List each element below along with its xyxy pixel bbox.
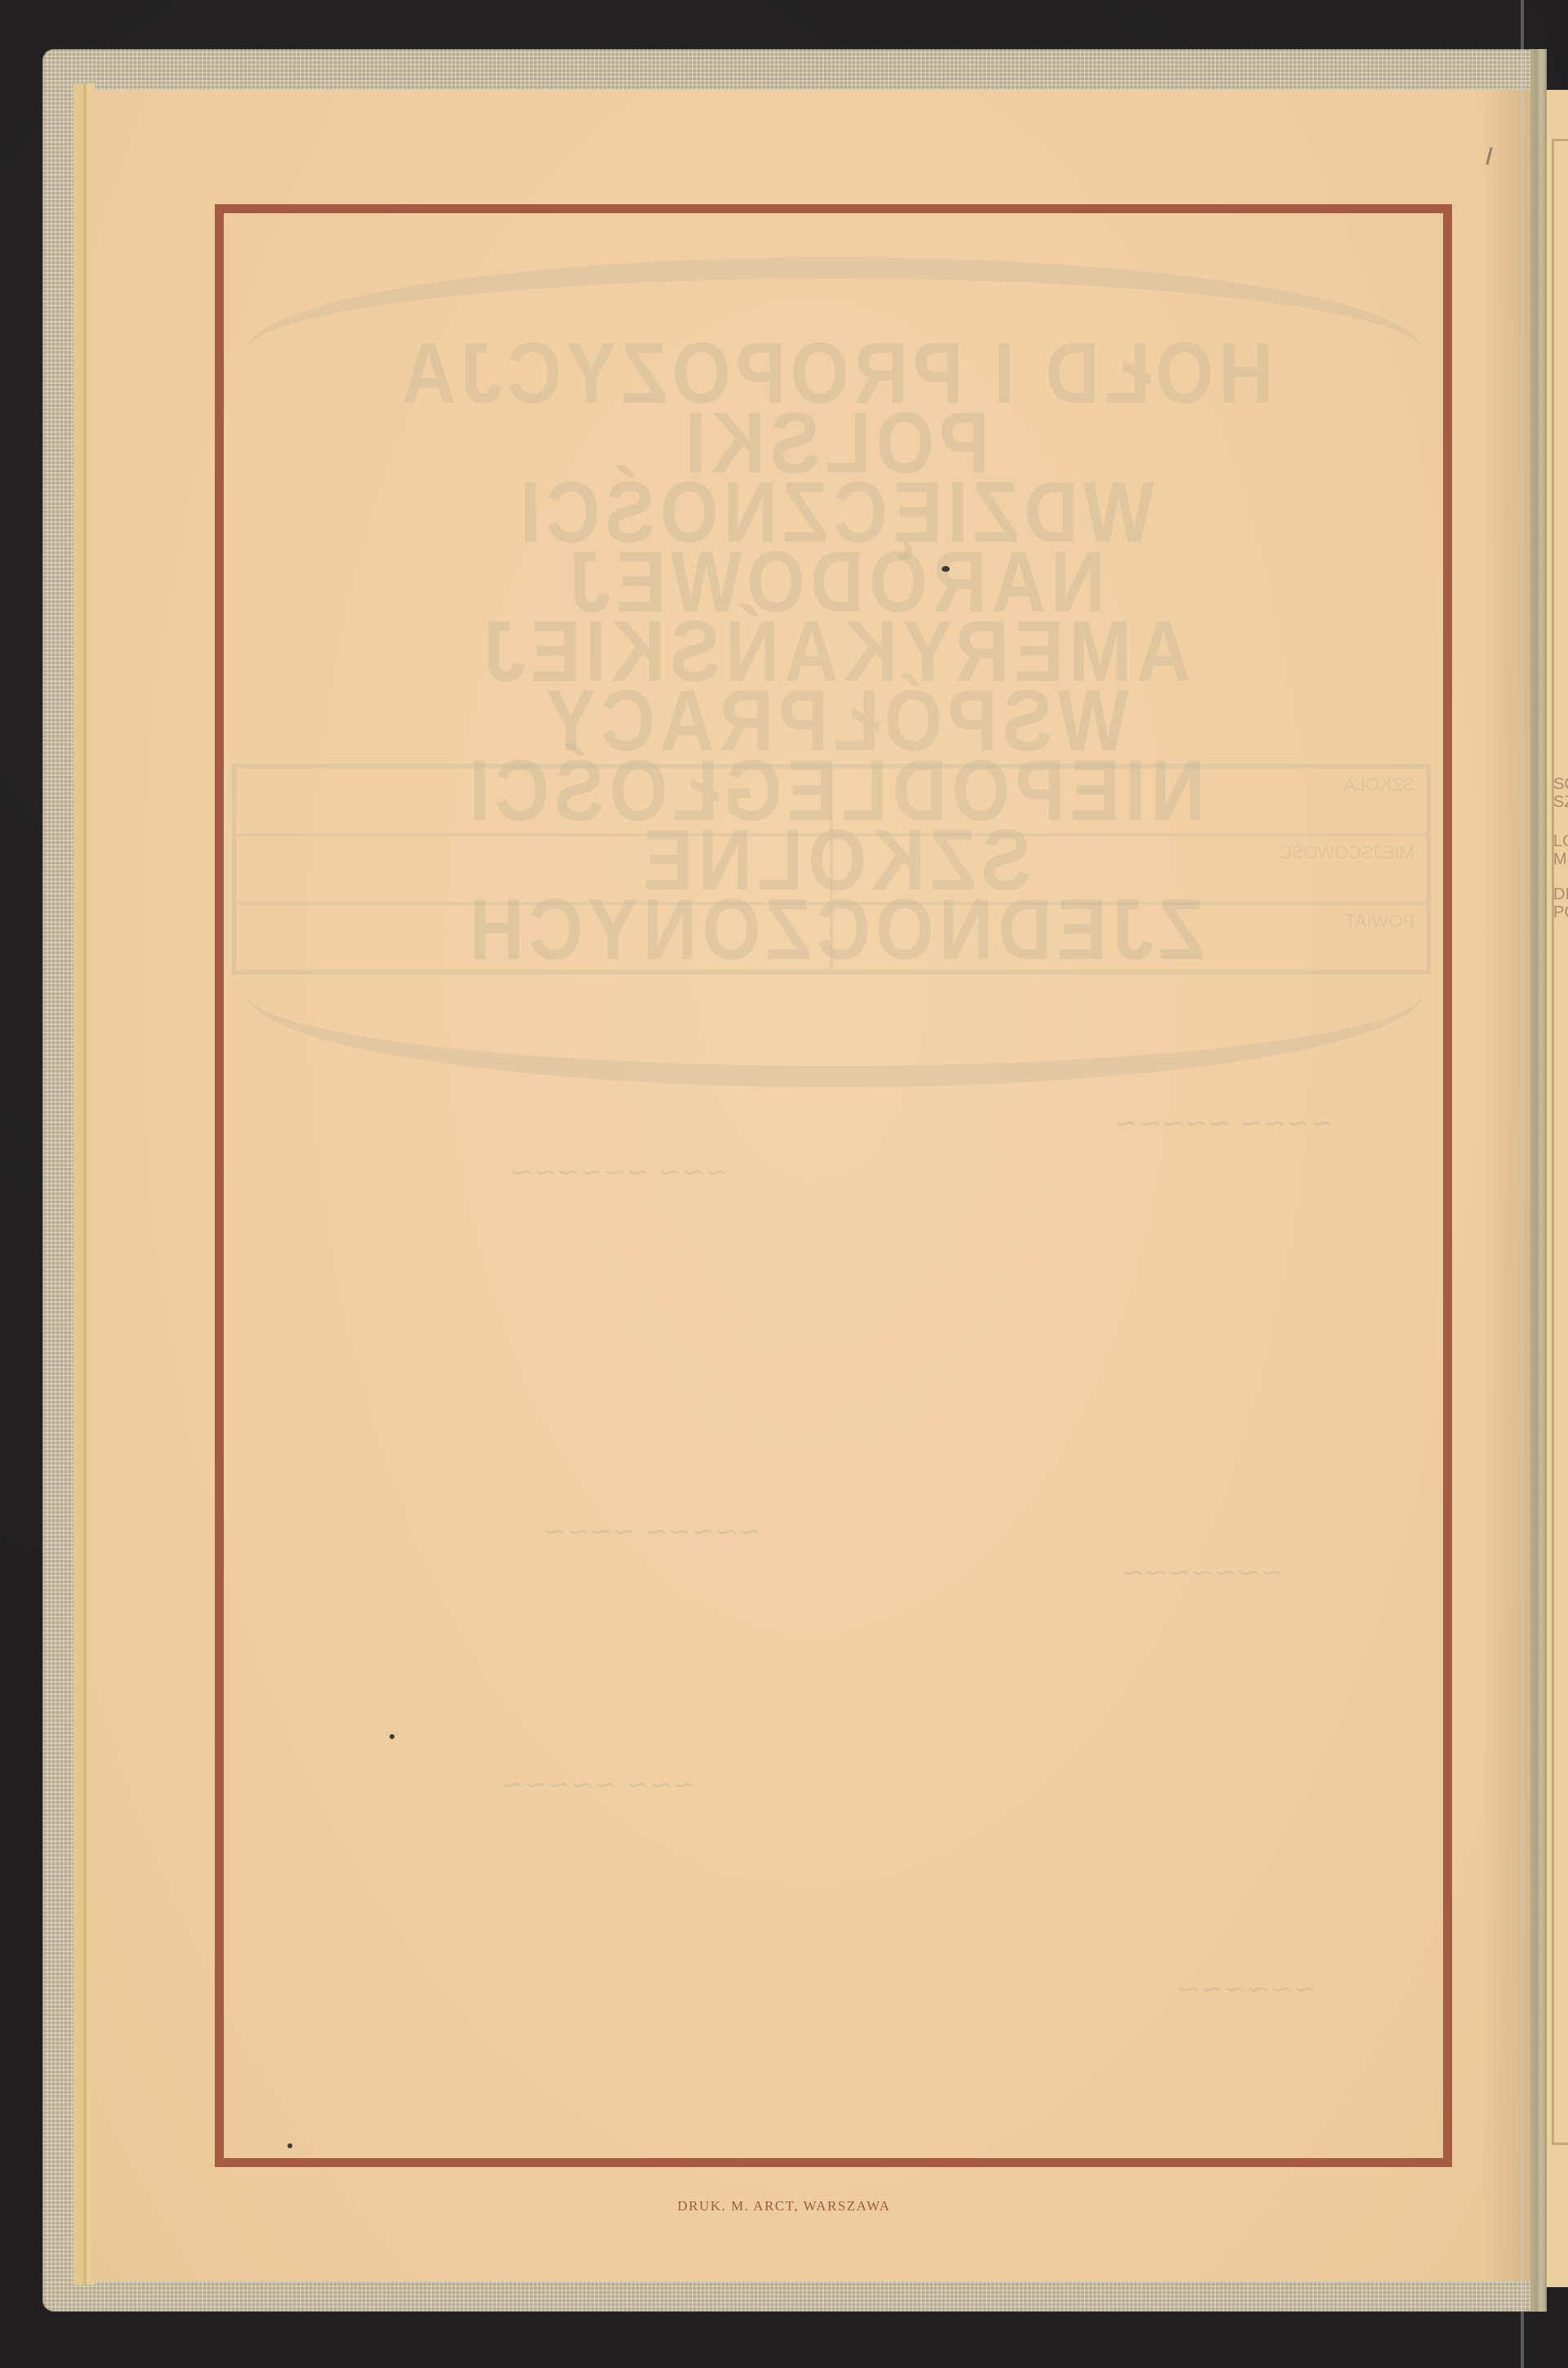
adjacent-label: LOC (1553, 833, 1568, 850)
adjacent-page-frame (1552, 139, 1568, 2145)
adjacent-label: SZK (1553, 794, 1568, 810)
decorative-red-frame (215, 204, 1452, 2167)
ink-speck (287, 2143, 292, 2148)
book-page: HOŁD I PROPOZYCJA POLSKI WDZIĘCZNOŚCI NA… (91, 90, 1530, 2281)
gutter-glare (1521, 0, 1524, 2368)
book-gutter (1530, 49, 1547, 2312)
adjacent-label: PO (1553, 904, 1568, 921)
ink-speck (390, 1734, 394, 1739)
printer-imprint: DRUK. M. ARCT, WARSZAWA (0, 2198, 1568, 2214)
adjacent-label: SCH (1553, 776, 1568, 792)
adjacent-page-edge: SCH SZK LOC MIE DIS PO (1547, 90, 1568, 2287)
ink-speck (942, 566, 950, 572)
adjacent-label: DIS (1553, 886, 1568, 903)
adjacent-label: MIE (1553, 851, 1568, 867)
